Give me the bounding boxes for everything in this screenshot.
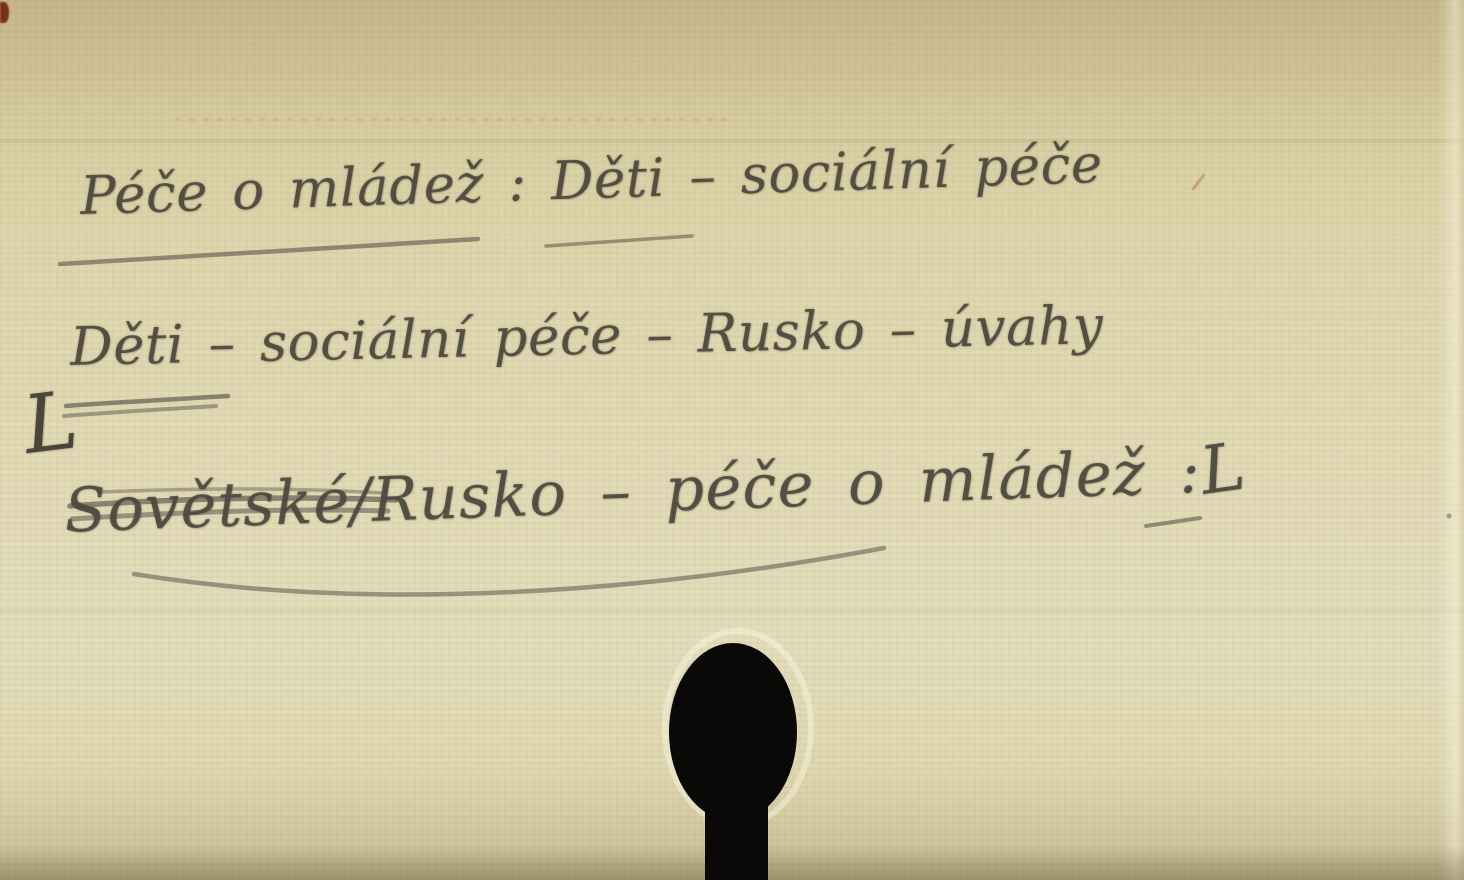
keyhole-rod-hole — [0, 0, 1464, 880]
hole-shape — [669, 643, 797, 880]
